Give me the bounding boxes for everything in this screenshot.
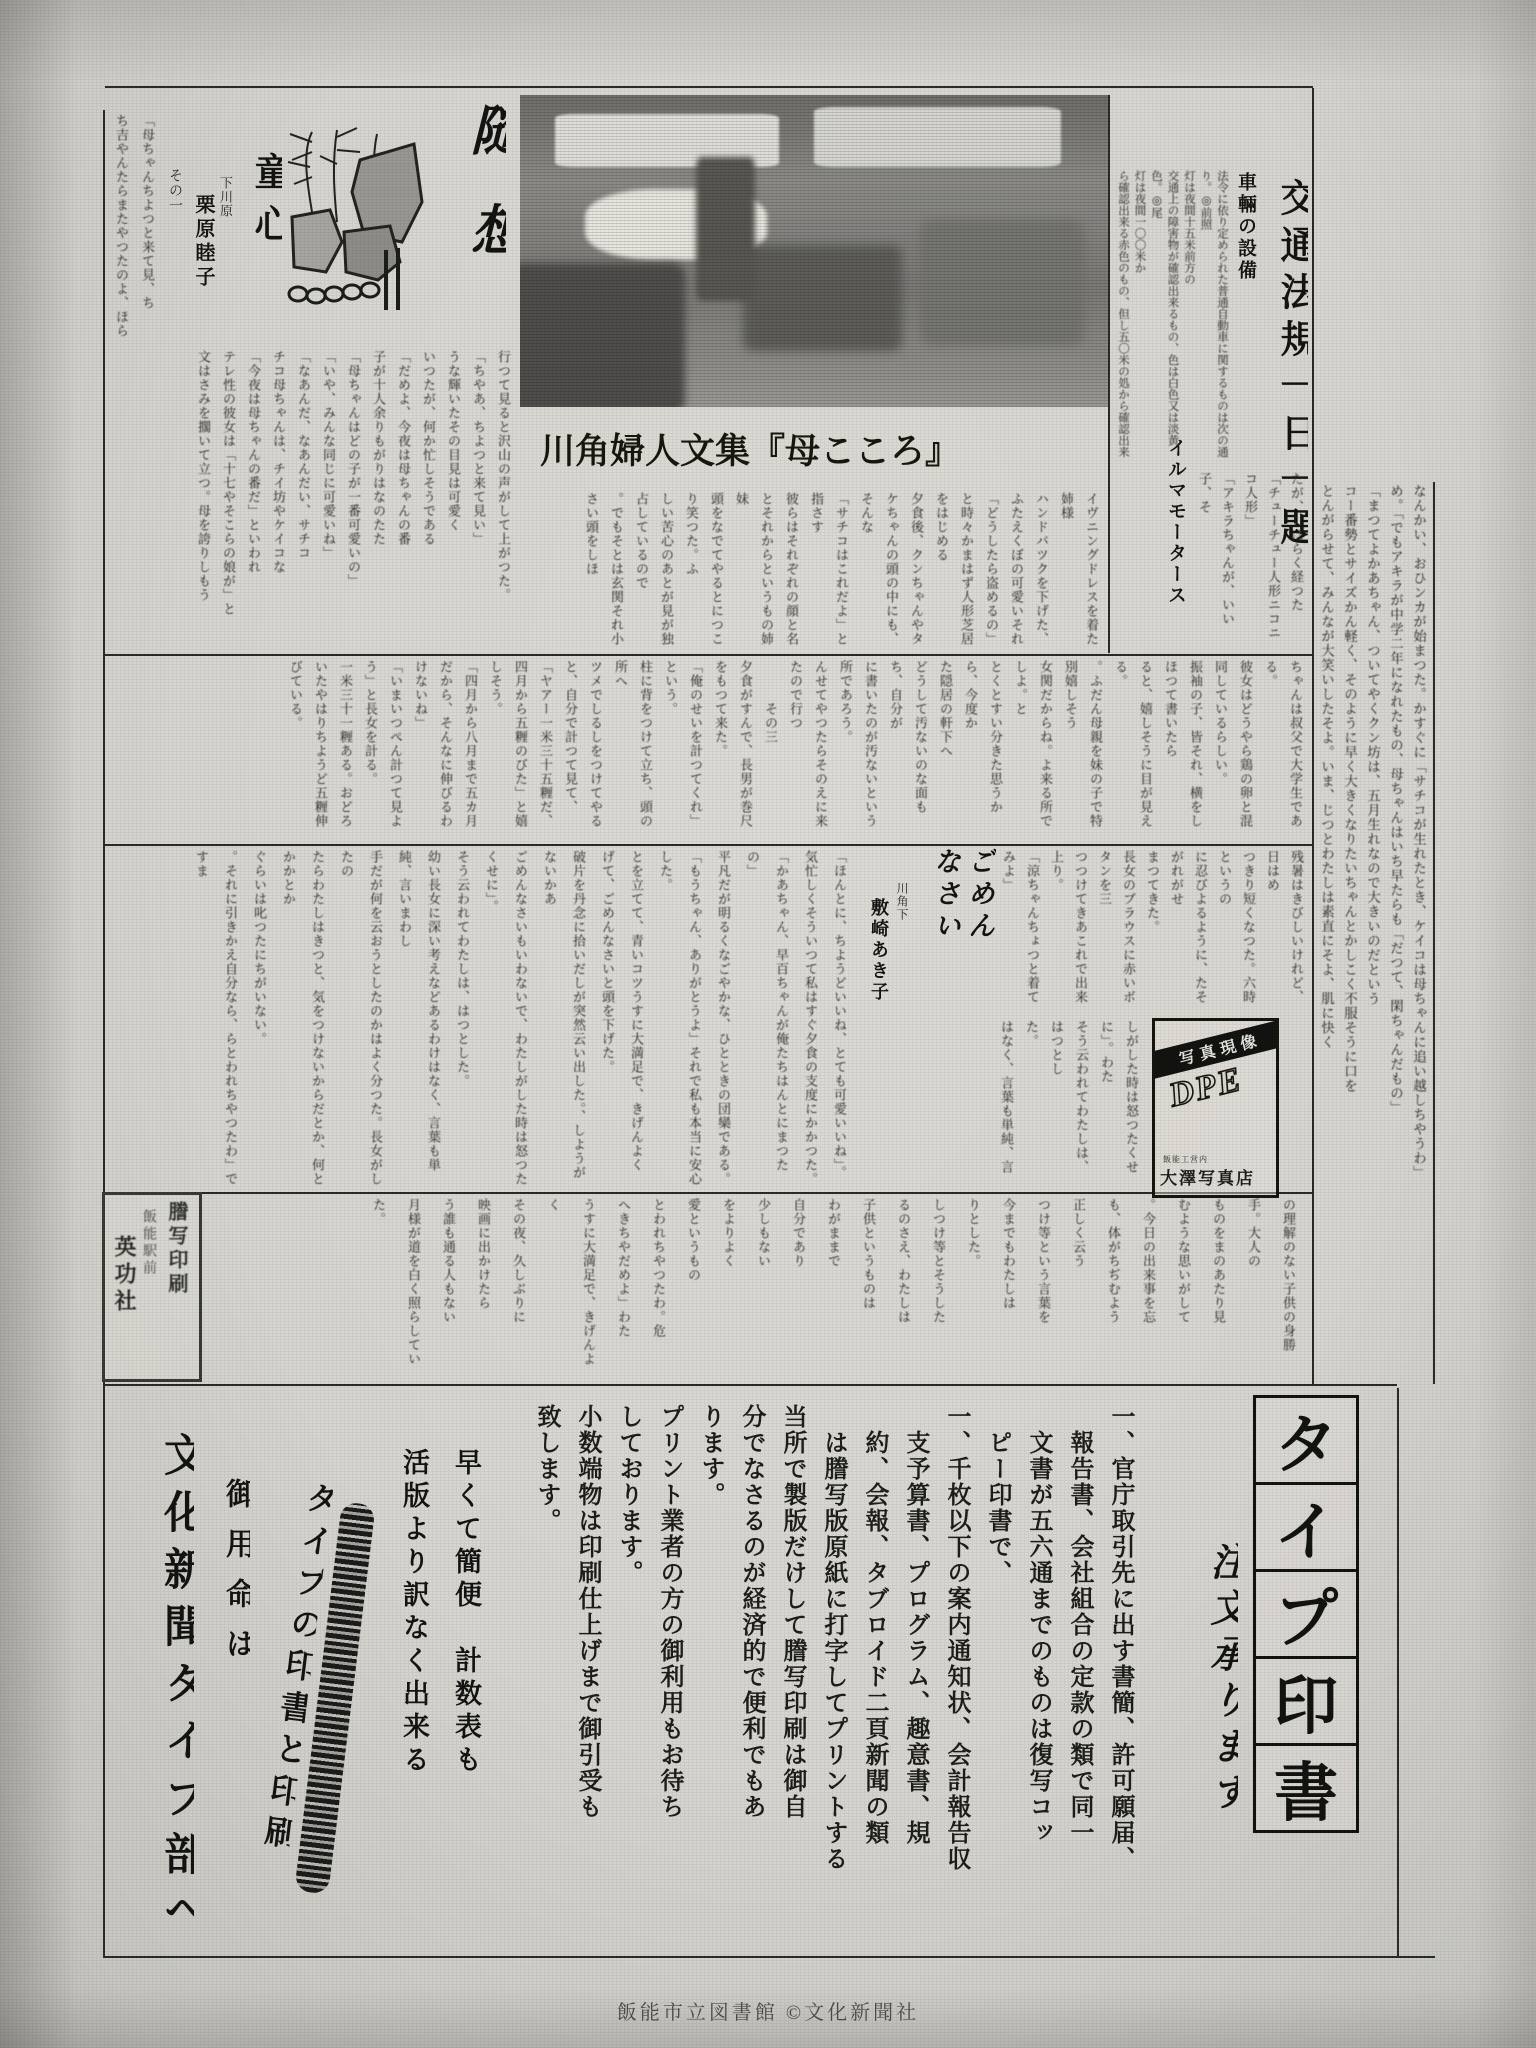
essay-author: 栗原睦子 (186, 194, 216, 374)
gomen-author: 敷崎あき子 (862, 898, 892, 1028)
band-rule-4 (105, 1384, 1397, 1386)
stamp-line-3: 英功社 (109, 1235, 137, 1373)
type-ad-body-columns: 一、官庁取引先に出す書簡、許可願届、 報告書、会社組合の定款の類で同一 文書が五… (516, 1404, 1140, 1952)
essay-part-label: その一 (163, 168, 187, 288)
type-ad-catch-columns: 早くて簡便 計数表も 活版より訳なく出来る (382, 1448, 492, 1918)
type-ad-title-char: 印 (1253, 1656, 1359, 1746)
essay-opening-columns: 「母ちゃんちよつと来て見、ち ち吉やんたらまたやつたのよ、ほら (108, 114, 160, 354)
type-ad-title-box: タ イ プ 印 書 (1253, 1398, 1359, 1833)
mimeograph-stamp: 謄写印刷 飯能駅前 英功社 (102, 1192, 202, 1382)
type-ad-order-label: 御用命は (206, 1478, 250, 1738)
right-edge-columns: なんかい、おひンカが始まつた。かすぐに「サチコが生れたとき、ケイコは母ちゃんに追… (1318, 484, 1430, 1380)
essay-title: 童心 (238, 152, 282, 342)
right-column-divider (1312, 88, 1314, 1384)
essay-kanban-title: 随想 (444, 102, 506, 322)
traffic-article-columns: 法令に依り定められた普通自動車に関するものは次の通り。◎前照 灯は夜間十五米前方… (1116, 170, 1230, 466)
gomen-place: 川角下 (897, 882, 915, 992)
type-ad-title-char: プ (1253, 1569, 1359, 1659)
left-border-rule (103, 110, 105, 1958)
band-c-mid-columns: しがした時は怒つたくせに」。わた そう云われてわたしは、はつとし た。 はなく、… (992, 1020, 1144, 1186)
copyright-icon: © (786, 2002, 804, 2024)
band-c-main-columns: 「ほんとに、ちようどいいね、とても可愛いいね」。 気忙しくそういつて私はすぐ夕食… (108, 850, 854, 1186)
stamp-line-2: 飯能駅前 (139, 1209, 161, 1369)
traffic-below-columns: たが、しばらく経つた 「チューチュー人形ニコニコ人形」 「アキラちゃんが、いい子… (1196, 472, 1308, 648)
type-ad-title-char: イ (1253, 1482, 1359, 1572)
footer-library: 飯能市立図書館 (617, 2002, 778, 2024)
photo-caption: 川角婦人文集『母こころ』 (540, 420, 1106, 478)
ad-right-rule (1397, 1388, 1399, 1956)
band-c-top-columns: 残暑はきびしいけれど、日はめ つきり短くなつた。六時というの に忍びよるように、… (992, 850, 1308, 1010)
band-rule-3 (105, 1192, 1313, 1194)
photo-article-divider (1108, 95, 1110, 653)
type-ad-company: 文化新聞タイプ部へ (122, 1432, 194, 1962)
newspaper-page: { "essay": { "kanban": "随想", "title": "童… (0, 0, 1536, 2048)
traffic-article-subtitle: 車輛の設備 (1232, 172, 1258, 322)
iruma-motors-ad: イルマモータース (1150, 438, 1188, 608)
band-rule-1 (105, 654, 1313, 656)
essay-place: 下川原 (218, 176, 238, 286)
right-edge-rule (1433, 482, 1435, 1384)
bottom-rule (105, 1956, 1435, 1958)
stamp-line-1: 謄写印刷 (163, 1201, 189, 1373)
footer-credit: 飯能市立図書館 ©文化新聞社 (0, 1996, 1536, 2025)
band-rule-2 (105, 844, 1313, 846)
essay-mid-columns: 行つて見ると沢山の声がして上がつた。 「ちやあ、ちよつと来て見い」 うな輝いたそ… (108, 350, 516, 646)
band-b-columns: ちゃんは叔父で大学生である。 彼女はどうやら鶏の卵と混同しているらしい。 振袖の… (108, 660, 1308, 840)
essay-illustration (282, 122, 424, 314)
type-ad-subtitle: 注文承ります (1172, 1542, 1238, 1842)
photo-shop-name: 大澤写真店 (1160, 1164, 1255, 1189)
footer-company: 文化新聞社 (804, 2002, 919, 2024)
top-rule (105, 86, 1313, 88)
essay-below-photo-columns: イヴニングドレスを着た姉様 ハンドバツクを下げた、ふたえくぼの可愛いそれ 「どう… (524, 492, 1104, 650)
gomen-nasai-headline: ごめん なさい (926, 847, 996, 1017)
photo-shop-ad: 写真現像 DPE 飯能工営内 大澤写真店 (1152, 1018, 1279, 1198)
band-d-columns: の理解のない子供の身勝手。大人の ものをまのあたり見 むような思いがして 。今日… (200, 1198, 1306, 1378)
type-ad-title-char: 書 (1253, 1743, 1359, 1833)
type-ad-title-char: タ (1253, 1395, 1359, 1485)
photo (520, 95, 1108, 407)
